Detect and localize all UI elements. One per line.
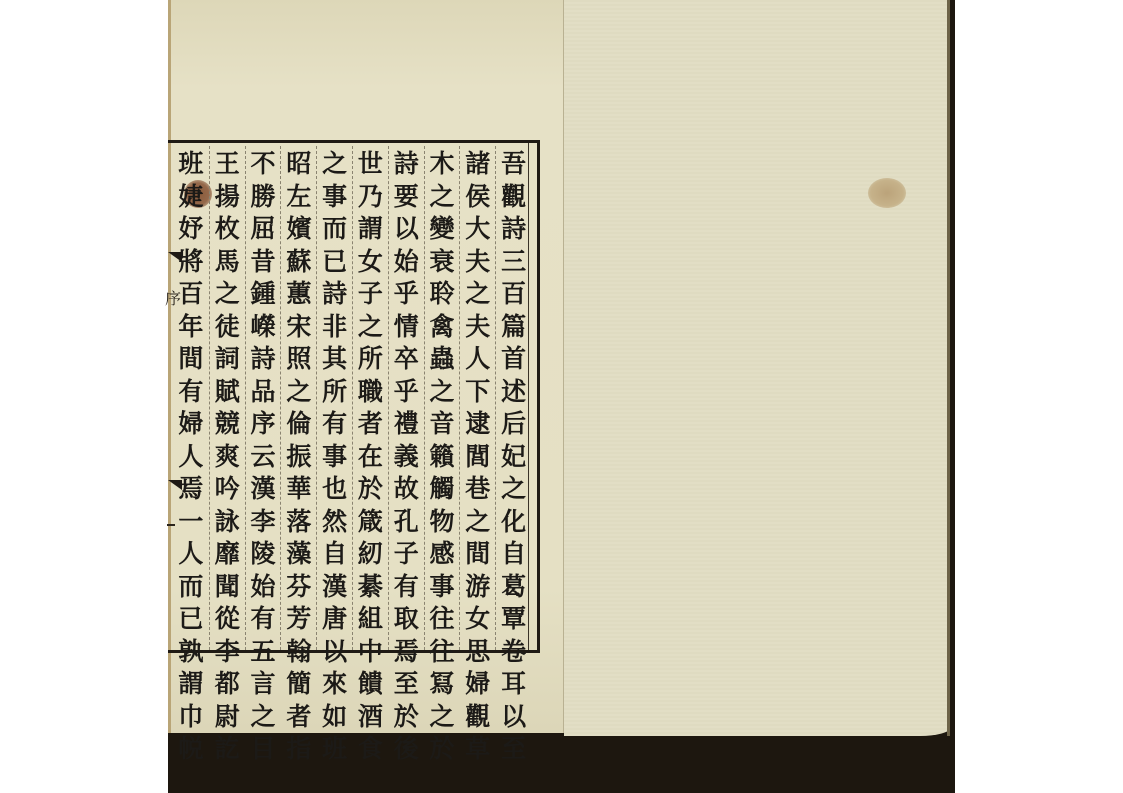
character: 觀	[465, 701, 490, 734]
character: 華	[286, 473, 311, 506]
character: 芬	[286, 571, 311, 604]
character: 而	[322, 213, 347, 246]
character: 觸	[430, 473, 455, 506]
character: 卒	[394, 343, 419, 376]
character: 游	[465, 571, 490, 604]
character: 馬	[215, 246, 240, 279]
character: 往	[430, 636, 455, 669]
character: 尉	[215, 701, 240, 734]
character: 五	[251, 636, 276, 669]
character: 聆	[430, 278, 455, 311]
character: 徒	[215, 311, 240, 344]
character: 昭	[286, 148, 311, 181]
character: 指	[286, 733, 311, 766]
character: 李	[251, 506, 276, 539]
character: 之	[501, 473, 526, 506]
character: 唐	[322, 603, 347, 636]
character: 詞	[215, 343, 240, 376]
character: 嶸	[251, 311, 276, 344]
character: 倫	[286, 408, 311, 441]
character: 落	[286, 506, 311, 539]
character: 妃	[501, 441, 526, 474]
character: 乎	[394, 376, 419, 409]
character: 職	[358, 376, 383, 409]
character: 聞	[215, 571, 240, 604]
text-column: 木之變衰聆禽蟲之音籟觸物感事往往冩之於	[424, 146, 460, 650]
character: 都	[215, 668, 240, 701]
character: 從	[215, 603, 240, 636]
character: 照	[286, 343, 311, 376]
character: 之	[430, 376, 455, 409]
character: 芳	[286, 603, 311, 636]
character: 之	[215, 278, 240, 311]
text-column: 班婕妤將百年間有婦人焉一人而已孰謂巾帨	[173, 146, 209, 650]
character: 品	[251, 376, 276, 409]
character: 物	[430, 506, 455, 539]
text-column: 王揚枚馬之徒詞賦競爽吟詠靡聞從李都尉訖	[209, 146, 245, 650]
character: 屈	[251, 213, 276, 246]
character: 訖	[215, 733, 240, 766]
character: 故	[394, 473, 419, 506]
character: 至	[501, 733, 526, 766]
character: 枚	[215, 213, 240, 246]
character: 賦	[215, 376, 240, 409]
character: 之	[465, 506, 490, 539]
character: 婦	[465, 668, 490, 701]
character: 鍾	[251, 278, 276, 311]
character: 間	[465, 538, 490, 571]
character: 之	[358, 311, 383, 344]
character: 人	[178, 441, 203, 474]
character: 者	[286, 701, 311, 734]
character: 蟲	[430, 343, 455, 376]
character: 之	[465, 278, 490, 311]
character: 婦	[178, 408, 203, 441]
character: 班	[178, 148, 203, 181]
character: 籟	[430, 441, 455, 474]
character: 藻	[286, 538, 311, 571]
character: 李	[215, 636, 240, 669]
character: 間	[178, 343, 203, 376]
character: 音	[430, 408, 455, 441]
character: 始	[251, 571, 276, 604]
character: 事	[430, 571, 455, 604]
character: 閭	[465, 441, 490, 474]
character: 義	[394, 441, 419, 474]
character: 簡	[286, 668, 311, 701]
character: 後	[394, 733, 419, 766]
character: 於	[394, 701, 419, 734]
character: 目	[251, 733, 276, 766]
character: 子	[358, 278, 383, 311]
character: 三	[501, 246, 526, 279]
character: 年	[178, 311, 203, 344]
character: 競	[215, 408, 240, 441]
character: 如	[322, 701, 347, 734]
character: 中	[358, 636, 383, 669]
character: 所	[322, 376, 347, 409]
character: 后	[501, 408, 526, 441]
character: 已	[178, 603, 203, 636]
character: 詠	[215, 506, 240, 539]
character: 翰	[286, 636, 311, 669]
right-page-blank	[564, 0, 950, 736]
character: 詩	[251, 343, 276, 376]
character: 女	[358, 246, 383, 279]
character: 組	[358, 603, 383, 636]
text-column: 不勝屈昔鍾嶸詩品序云漢李陵始有五言之目	[245, 146, 281, 650]
character: 百	[501, 278, 526, 311]
water-stain	[868, 178, 906, 208]
character: 饋	[358, 668, 383, 701]
character: 不	[251, 148, 276, 181]
character: 然	[322, 506, 347, 539]
character: 靡	[215, 538, 240, 571]
character: 巾	[178, 701, 203, 734]
text-column: 昭左嬪蘇蕙宋照之倫振華落藻芬芳翰簡者指	[280, 146, 316, 650]
character: 紉	[358, 538, 383, 571]
character: 蘇	[286, 246, 311, 279]
character: 巷	[465, 473, 490, 506]
character: 所	[358, 343, 383, 376]
text-column: 世乃謂女子之所職者在於箴紉綦組中饋酒食	[352, 146, 388, 650]
character: 之	[322, 148, 347, 181]
character: 女	[465, 603, 490, 636]
character: 之	[286, 376, 311, 409]
character: 木	[430, 148, 455, 181]
character: 要	[394, 181, 419, 214]
character: 觀	[501, 181, 526, 214]
character: 自	[322, 538, 347, 571]
character: 漢	[322, 571, 347, 604]
character: 大	[465, 213, 490, 246]
character: 思	[465, 636, 490, 669]
character: 情	[394, 311, 419, 344]
character: 於	[430, 733, 455, 766]
character: 始	[394, 246, 419, 279]
character: 感	[430, 538, 455, 571]
character: 事	[322, 181, 347, 214]
character: 陵	[251, 538, 276, 571]
character: 綦	[358, 571, 383, 604]
character: 而	[178, 571, 203, 604]
character: 詩	[394, 148, 419, 181]
character: 以	[322, 636, 347, 669]
character: 左	[286, 181, 311, 214]
character: 已	[322, 246, 347, 279]
character: 詩	[322, 278, 347, 311]
character: 帨	[178, 733, 203, 766]
character: 往	[430, 603, 455, 636]
character: 乎	[394, 278, 419, 311]
character: 婕	[178, 181, 203, 214]
text-column: 諸侯大夫之夫人下逮閭巷之間游女思婦觀草	[459, 146, 495, 650]
character: 有	[178, 376, 203, 409]
character: 化	[501, 506, 526, 539]
character: 謂	[178, 668, 203, 701]
character: 覃	[501, 603, 526, 636]
character: 言	[251, 668, 276, 701]
character: 之	[251, 701, 276, 734]
character: 變	[430, 213, 455, 246]
character: 勝	[251, 181, 276, 214]
character: 以	[394, 213, 419, 246]
character: 振	[286, 441, 311, 474]
character: 王	[215, 148, 240, 181]
character: 其	[322, 343, 347, 376]
character: 序	[251, 408, 276, 441]
character: 草	[465, 733, 490, 766]
character: 耳	[501, 668, 526, 701]
character: 葛	[501, 571, 526, 604]
text-column: 之事而已詩非其所有事也然自漢唐以來如班	[316, 146, 352, 650]
character: 謂	[358, 213, 383, 246]
character: 夫	[465, 246, 490, 279]
character: 乃	[358, 181, 383, 214]
character: 世	[358, 148, 383, 181]
character: 揚	[215, 181, 240, 214]
character: 妤	[178, 213, 203, 246]
character: 爽	[215, 441, 240, 474]
character: 者	[358, 408, 383, 441]
character: 有	[394, 571, 419, 604]
text-column: 吾觀詩三百篇首述后妃之化自葛覃卷耳以至	[495, 146, 531, 650]
character: 孰	[178, 636, 203, 669]
character: 有	[322, 408, 347, 441]
text-columns: 吾觀詩三百篇首述后妃之化自葛覃卷耳以至諸侯大夫之夫人下逮閭巷之間游女思婦觀草木之…	[173, 146, 531, 650]
character: 諸	[465, 148, 490, 181]
character: 侯	[465, 181, 490, 214]
character: 班	[322, 733, 347, 766]
character: 孔	[394, 506, 419, 539]
character: 子	[394, 538, 419, 571]
character: 首	[501, 343, 526, 376]
character: 漢	[251, 473, 276, 506]
character: 箴	[358, 506, 383, 539]
character: 酒	[358, 701, 383, 734]
character: 蕙	[286, 278, 311, 311]
character: 至	[394, 668, 419, 701]
character: 取	[394, 603, 419, 636]
character: 禽	[430, 311, 455, 344]
character: 之	[430, 181, 455, 214]
character: 吾	[501, 148, 526, 181]
character: 禮	[394, 408, 419, 441]
text-column: 詩要以始乎情卒乎禮義故孔子有取焉至於後	[388, 146, 424, 650]
character: 人	[465, 343, 490, 376]
character: 衰	[430, 246, 455, 279]
character: 詩	[501, 213, 526, 246]
character: 云	[251, 441, 276, 474]
character: 夫	[465, 311, 490, 344]
character: 百	[178, 278, 203, 311]
character: 篇	[501, 311, 526, 344]
character: 焉	[394, 636, 419, 669]
character: 非	[322, 311, 347, 344]
character: 之	[430, 701, 455, 734]
character: 昔	[251, 246, 276, 279]
character: 宋	[286, 311, 311, 344]
character: 冩	[430, 668, 455, 701]
character: 在	[358, 441, 383, 474]
character: 以	[501, 701, 526, 734]
character: 食	[358, 733, 383, 766]
character: 述	[501, 376, 526, 409]
character: 自	[501, 538, 526, 571]
character: 也	[322, 473, 347, 506]
character: 於	[358, 473, 383, 506]
character: 一	[178, 506, 203, 539]
character: 將	[178, 246, 203, 279]
character: 事	[322, 441, 347, 474]
character: 吟	[215, 473, 240, 506]
character: 來	[322, 668, 347, 701]
character: 卷	[501, 636, 526, 669]
character: 逮	[465, 408, 490, 441]
character: 焉	[178, 473, 203, 506]
character: 人	[178, 538, 203, 571]
character: 有	[251, 603, 276, 636]
character: 嬪	[286, 213, 311, 246]
character: 下	[465, 376, 490, 409]
